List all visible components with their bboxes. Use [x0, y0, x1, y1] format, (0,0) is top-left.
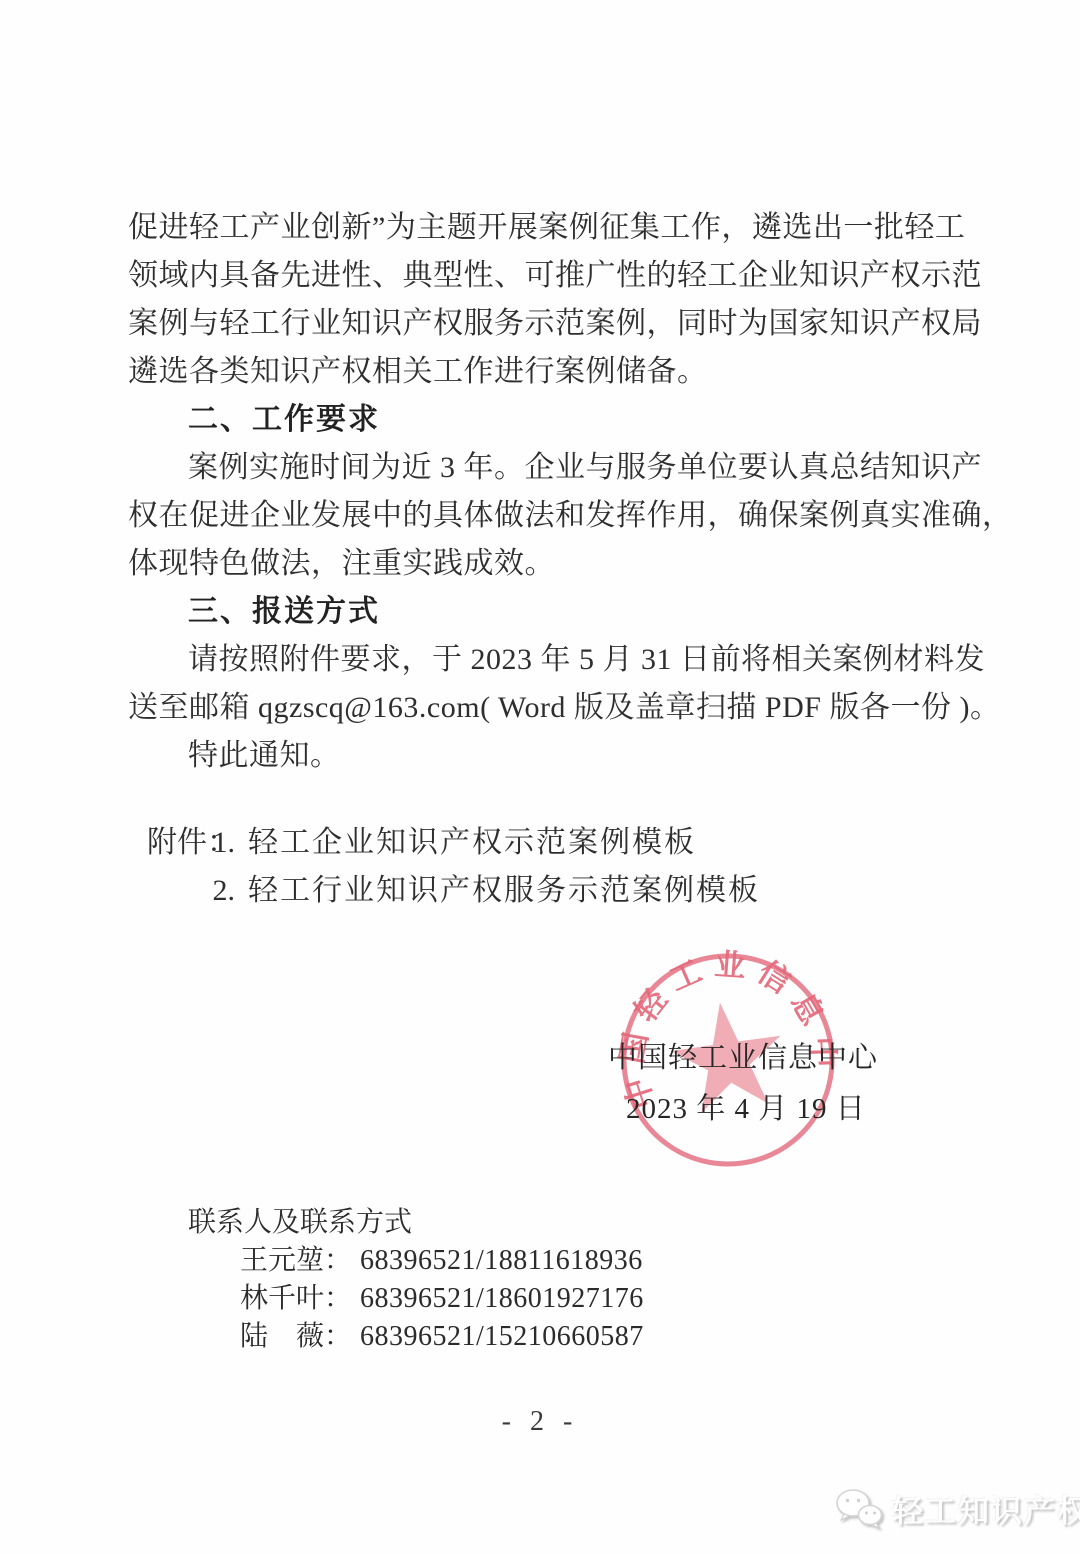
paragraph-line: 请按照附件要求，于 2023 年 5 月 31 日前将相关案例材料发 — [128, 636, 966, 684]
closing-line: 特此通知。 — [128, 732, 966, 780]
section3-heading: 三、报送方式 — [128, 588, 966, 636]
paragraph-line: 送至邮箱 qgzscq@163.com( Word 版及盖章扫描 PDF 版各一… — [128, 684, 966, 732]
contact-row: 林千叶：68396521/18601927176 — [188, 1280, 644, 1318]
contact-phone: 68396521/15210660587 — [360, 1321, 644, 1352]
contact-name: 王元堃： — [240, 1242, 352, 1280]
attachment-number: 2. — [213, 867, 241, 915]
page-number: - 2 - — [0, 1406, 1080, 1438]
paragraph-line: 遴选各类知识产权相关工作进行案例储备。 — [128, 348, 966, 396]
paragraph-line: 领域内具备先进性、典型性、可推广性的轻工企业知识产权示范 — [128, 252, 966, 300]
contact-name: 陆 薇： — [240, 1318, 352, 1356]
signature-organization: 中国轻工业信息中心 — [608, 1035, 878, 1076]
paragraph-line: 体现特色做法，注重实践成效。 — [128, 540, 966, 588]
signature-date: 2023 年 4 月 19 日 — [626, 1086, 866, 1127]
wechat-watermark: 轻工知识产权 — [834, 1486, 1080, 1531]
document-page: 促进轻工产业创新”为主题开展案例征集工作，遴选出一批轻工 领域内具备先进性、典型… — [0, 0, 1080, 1554]
notice-body: 促进轻工产业创新”为主题开展案例征集工作，遴选出一批轻工 领域内具备先进性、典型… — [128, 204, 966, 780]
attachments-label: 附件： — [147, 819, 205, 867]
paragraph-line: 权在促进企业发展中的具体做法和发挥作用，确保案例真实准确， — [128, 492, 966, 540]
wechat-icon — [834, 1487, 884, 1531]
contact-phone: 68396521/18601927176 — [360, 1283, 644, 1314]
contact-row: 陆 薇：68396521/15210660587 — [188, 1318, 644, 1356]
contact-row: 王元堃：68396521/18811618936 — [188, 1242, 644, 1280]
attachment-title: 轻工行业知识产权服务示范案例模板 — [248, 874, 760, 907]
watermark-label: 轻工知识产权 — [892, 1486, 1080, 1531]
attachment-number: 1. — [213, 819, 241, 867]
paragraph-line: 案例与轻工行业知识产权服务示范案例，同时为国家知识产权局 — [128, 300, 966, 348]
contact-name: 林千叶： — [240, 1280, 352, 1318]
attachments-block: 附件： 1. 轻工企业知识产权示范案例模板 2. 轻工行业知识产权服务示范案例模… — [147, 819, 760, 915]
paragraph-line: 促进轻工产业创新”为主题开展案例征集工作，遴选出一批轻工 — [128, 204, 966, 252]
paragraph-line: 案例实施时间为近 3 年。企业与服务单位要认真总结知识产 — [128, 444, 966, 492]
attachment-item: 附件： 1. 轻工企业知识产权示范案例模板 — [147, 819, 760, 867]
section2-heading: 二、工作要求 — [128, 396, 966, 444]
attachment-item: 2. 轻工行业知识产权服务示范案例模板 — [147, 867, 760, 915]
contacts-heading: 联系人及联系方式 — [188, 1204, 644, 1242]
attachment-title: 轻工企业知识产权示范案例模板 — [248, 826, 696, 859]
contact-phone: 68396521/18811618936 — [360, 1245, 643, 1276]
contacts-block: 联系人及联系方式 王元堃：68396521/18811618936 林千叶：68… — [188, 1204, 644, 1356]
